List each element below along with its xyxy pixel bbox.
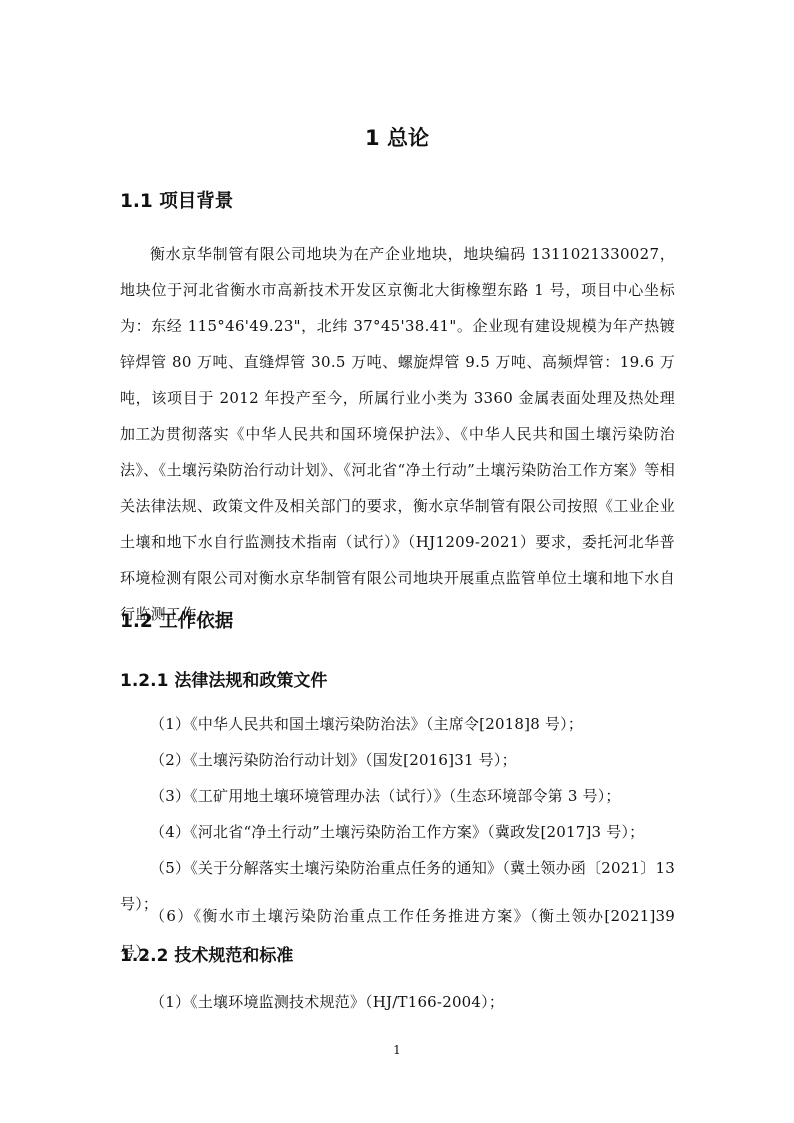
page-number: 1 (0, 1043, 794, 1057)
law-item-4: （4）《河北省“净土行动”土壤污染防治工作方案》（冀政发[2017]3 号）； (120, 814, 675, 850)
law-item-2: （2）《土壤污染防治行动计划》（国发[2016]31 号）； (120, 742, 675, 778)
subsection-heading-technical-standards: 1.2.2 技术规范和标准 (120, 944, 293, 968)
document-page: 1 总论 1.1 项目背景 衡水京华制管有限公司地块为在产企业地块，地块编码 1… (0, 0, 794, 1123)
standard-item-1: （1）《土壤环境监测技术规范》（HJ/T166-2004）； (120, 984, 675, 1020)
section-heading-project-background: 1.1 项目背景 (120, 189, 233, 215)
chapter-title: 1 总论 (0, 124, 794, 152)
section-heading-work-basis: 1.2 工作依据 (120, 609, 233, 635)
paragraph-monitoring-purpose: 为贯彻落实《中华人民共和国环境保护法》、《中华人民共和国土壤污染防治法》、《土壤… (120, 416, 675, 632)
law-item-3: （3）《工矿用地土壤环境管理办法（试行）》（生态环境部令第 3 号）； (120, 778, 675, 814)
law-item-1: （1）《中华人民共和国土壤污染防治法》（主席令[2018]8 号）； (120, 706, 675, 742)
subsection-heading-laws: 1.2.1 法律法规和政策文件 (120, 669, 327, 693)
